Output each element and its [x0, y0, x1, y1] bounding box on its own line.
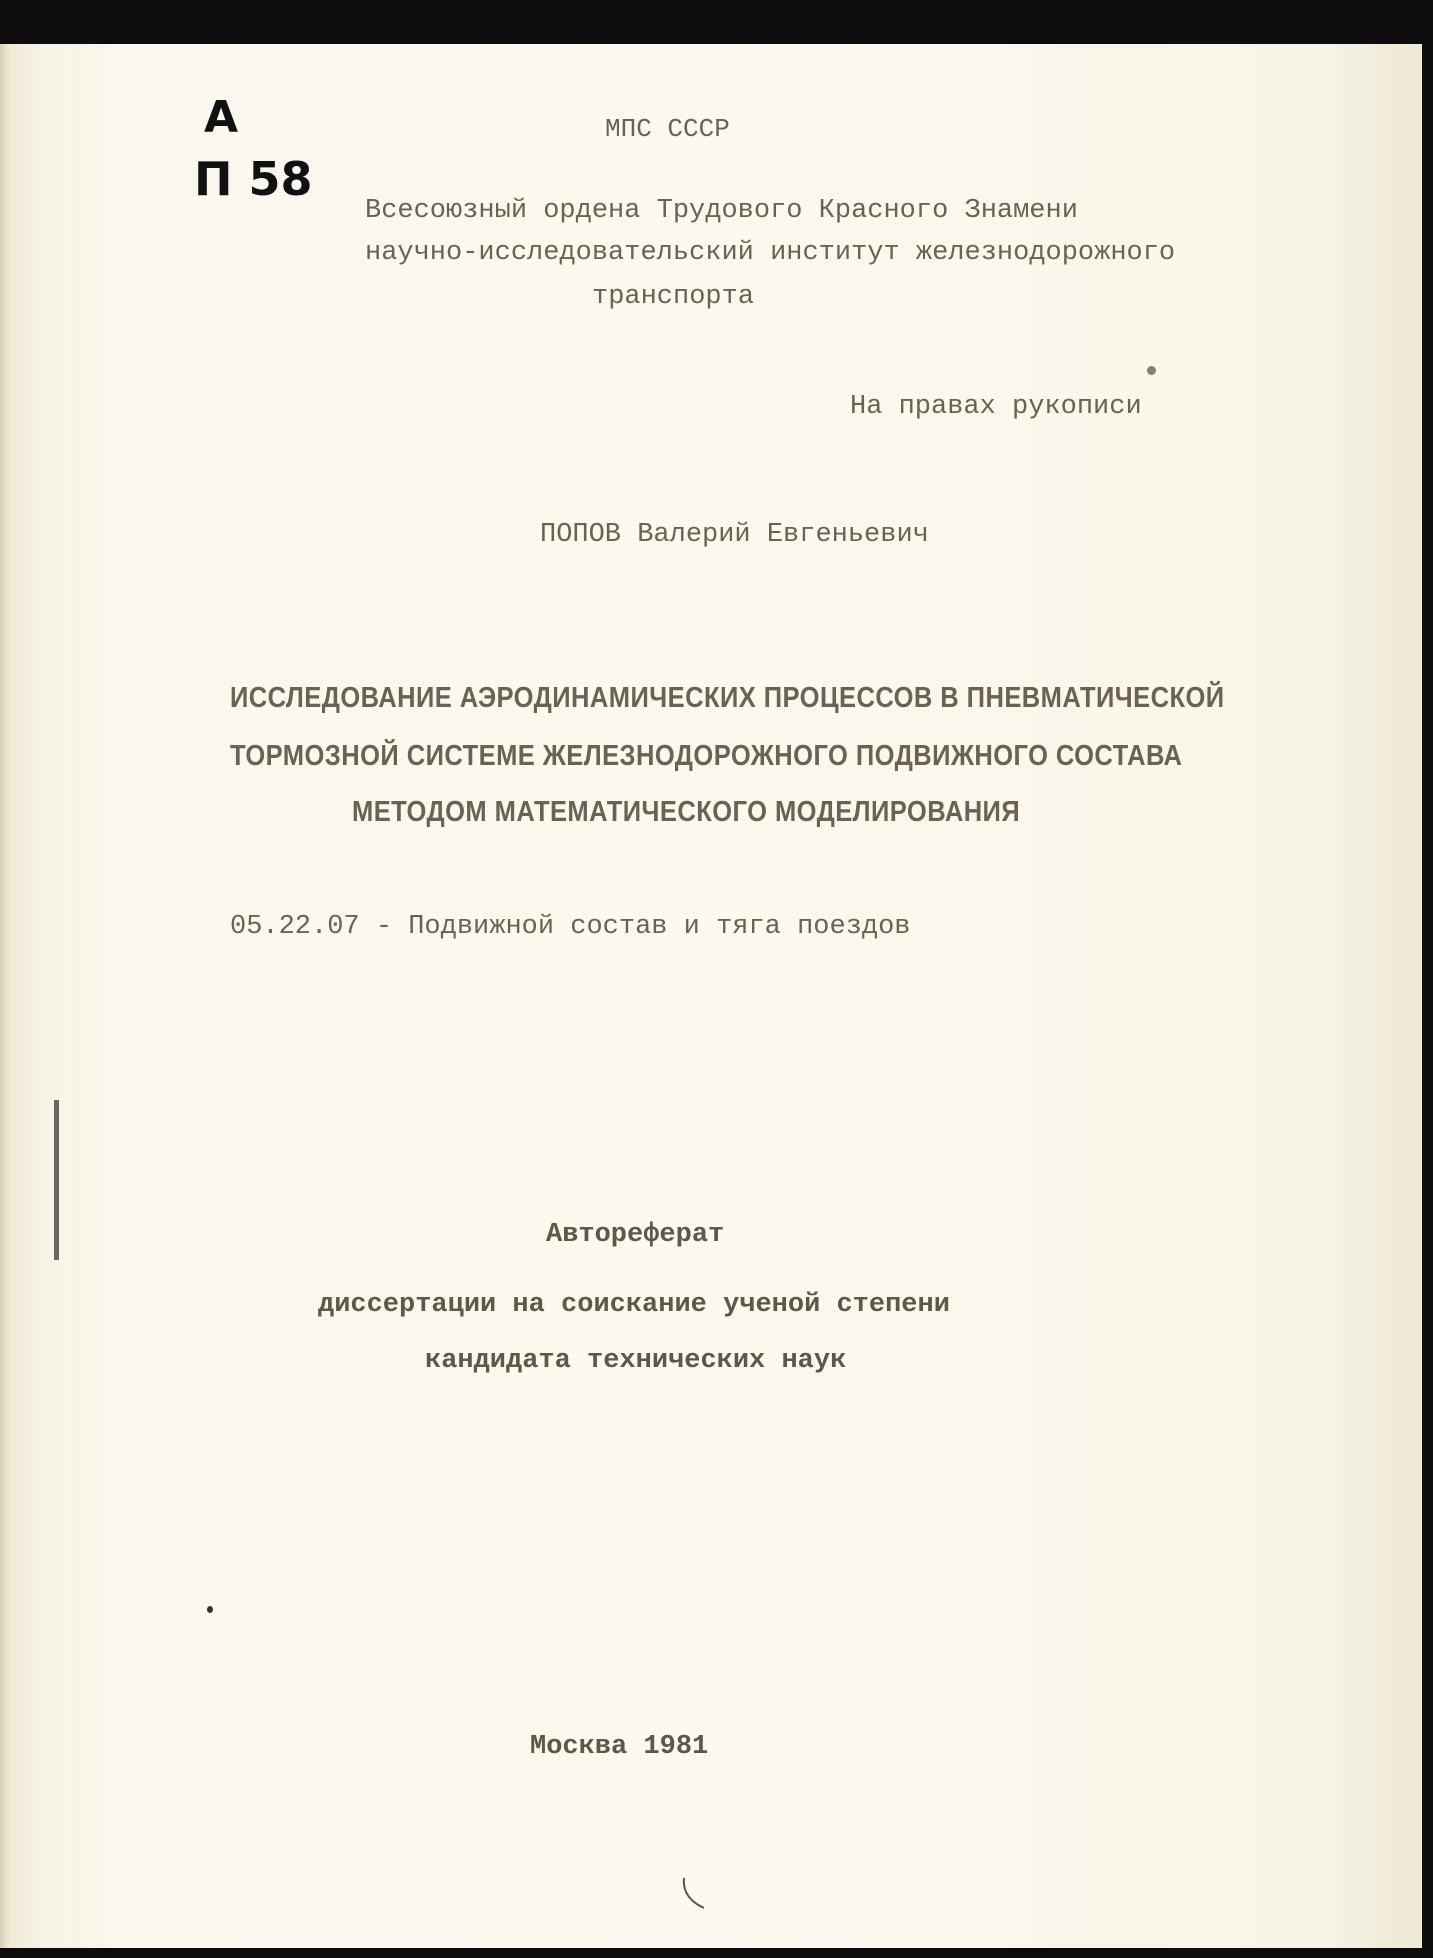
title-line-2: ТОРМОЗНОЙ СИСТЕМЕ ЖЕЛЕЗНОДОРОЖНОГО ПОДВИ…	[230, 740, 1182, 773]
ink-dot	[1147, 366, 1156, 375]
ink-dot	[207, 1606, 213, 1613]
ministry-heading: МПС СССР	[605, 114, 730, 144]
document-type-line-2: кандидата технических наук	[425, 1346, 846, 1376]
institute-line-1: Всесоюзный ордена Трудового Красного Зна…	[365, 196, 1078, 226]
place-and-year: Москва 1981	[530, 1732, 708, 1762]
page-edge	[0, 44, 10, 1948]
document-page	[0, 44, 1422, 1948]
title-line-3: МЕТОДОМ МАТЕМАТИЧЕСКОГО МОДЕЛИРОВАНИЯ	[352, 796, 1020, 829]
binding-mark	[54, 1100, 59, 1260]
rights-note: На правах рукописи	[850, 392, 1142, 422]
document-type: Автореферат	[546, 1220, 724, 1250]
pencil-mark	[680, 1876, 710, 1912]
document-type-line-1: диссертации на соискание ученой степени	[318, 1290, 950, 1320]
library-stamp-code: П 58	[194, 152, 313, 206]
library-stamp-letter: А	[204, 92, 238, 143]
institute-line-2: научно-исследовательский институт железн…	[365, 238, 1175, 268]
specialty-code: 05.22.07 - Подвижной состав и тяга поезд…	[230, 912, 911, 942]
author-name: ПОПОВ Валерий Евгеньевич	[540, 520, 929, 550]
institute-line-3: транспорта	[592, 282, 754, 312]
title-line-1: ИССЛЕДОВАНИЕ АЭРОДИНАМИЧЕСКИХ ПРОЦЕССОВ …	[230, 682, 1225, 715]
